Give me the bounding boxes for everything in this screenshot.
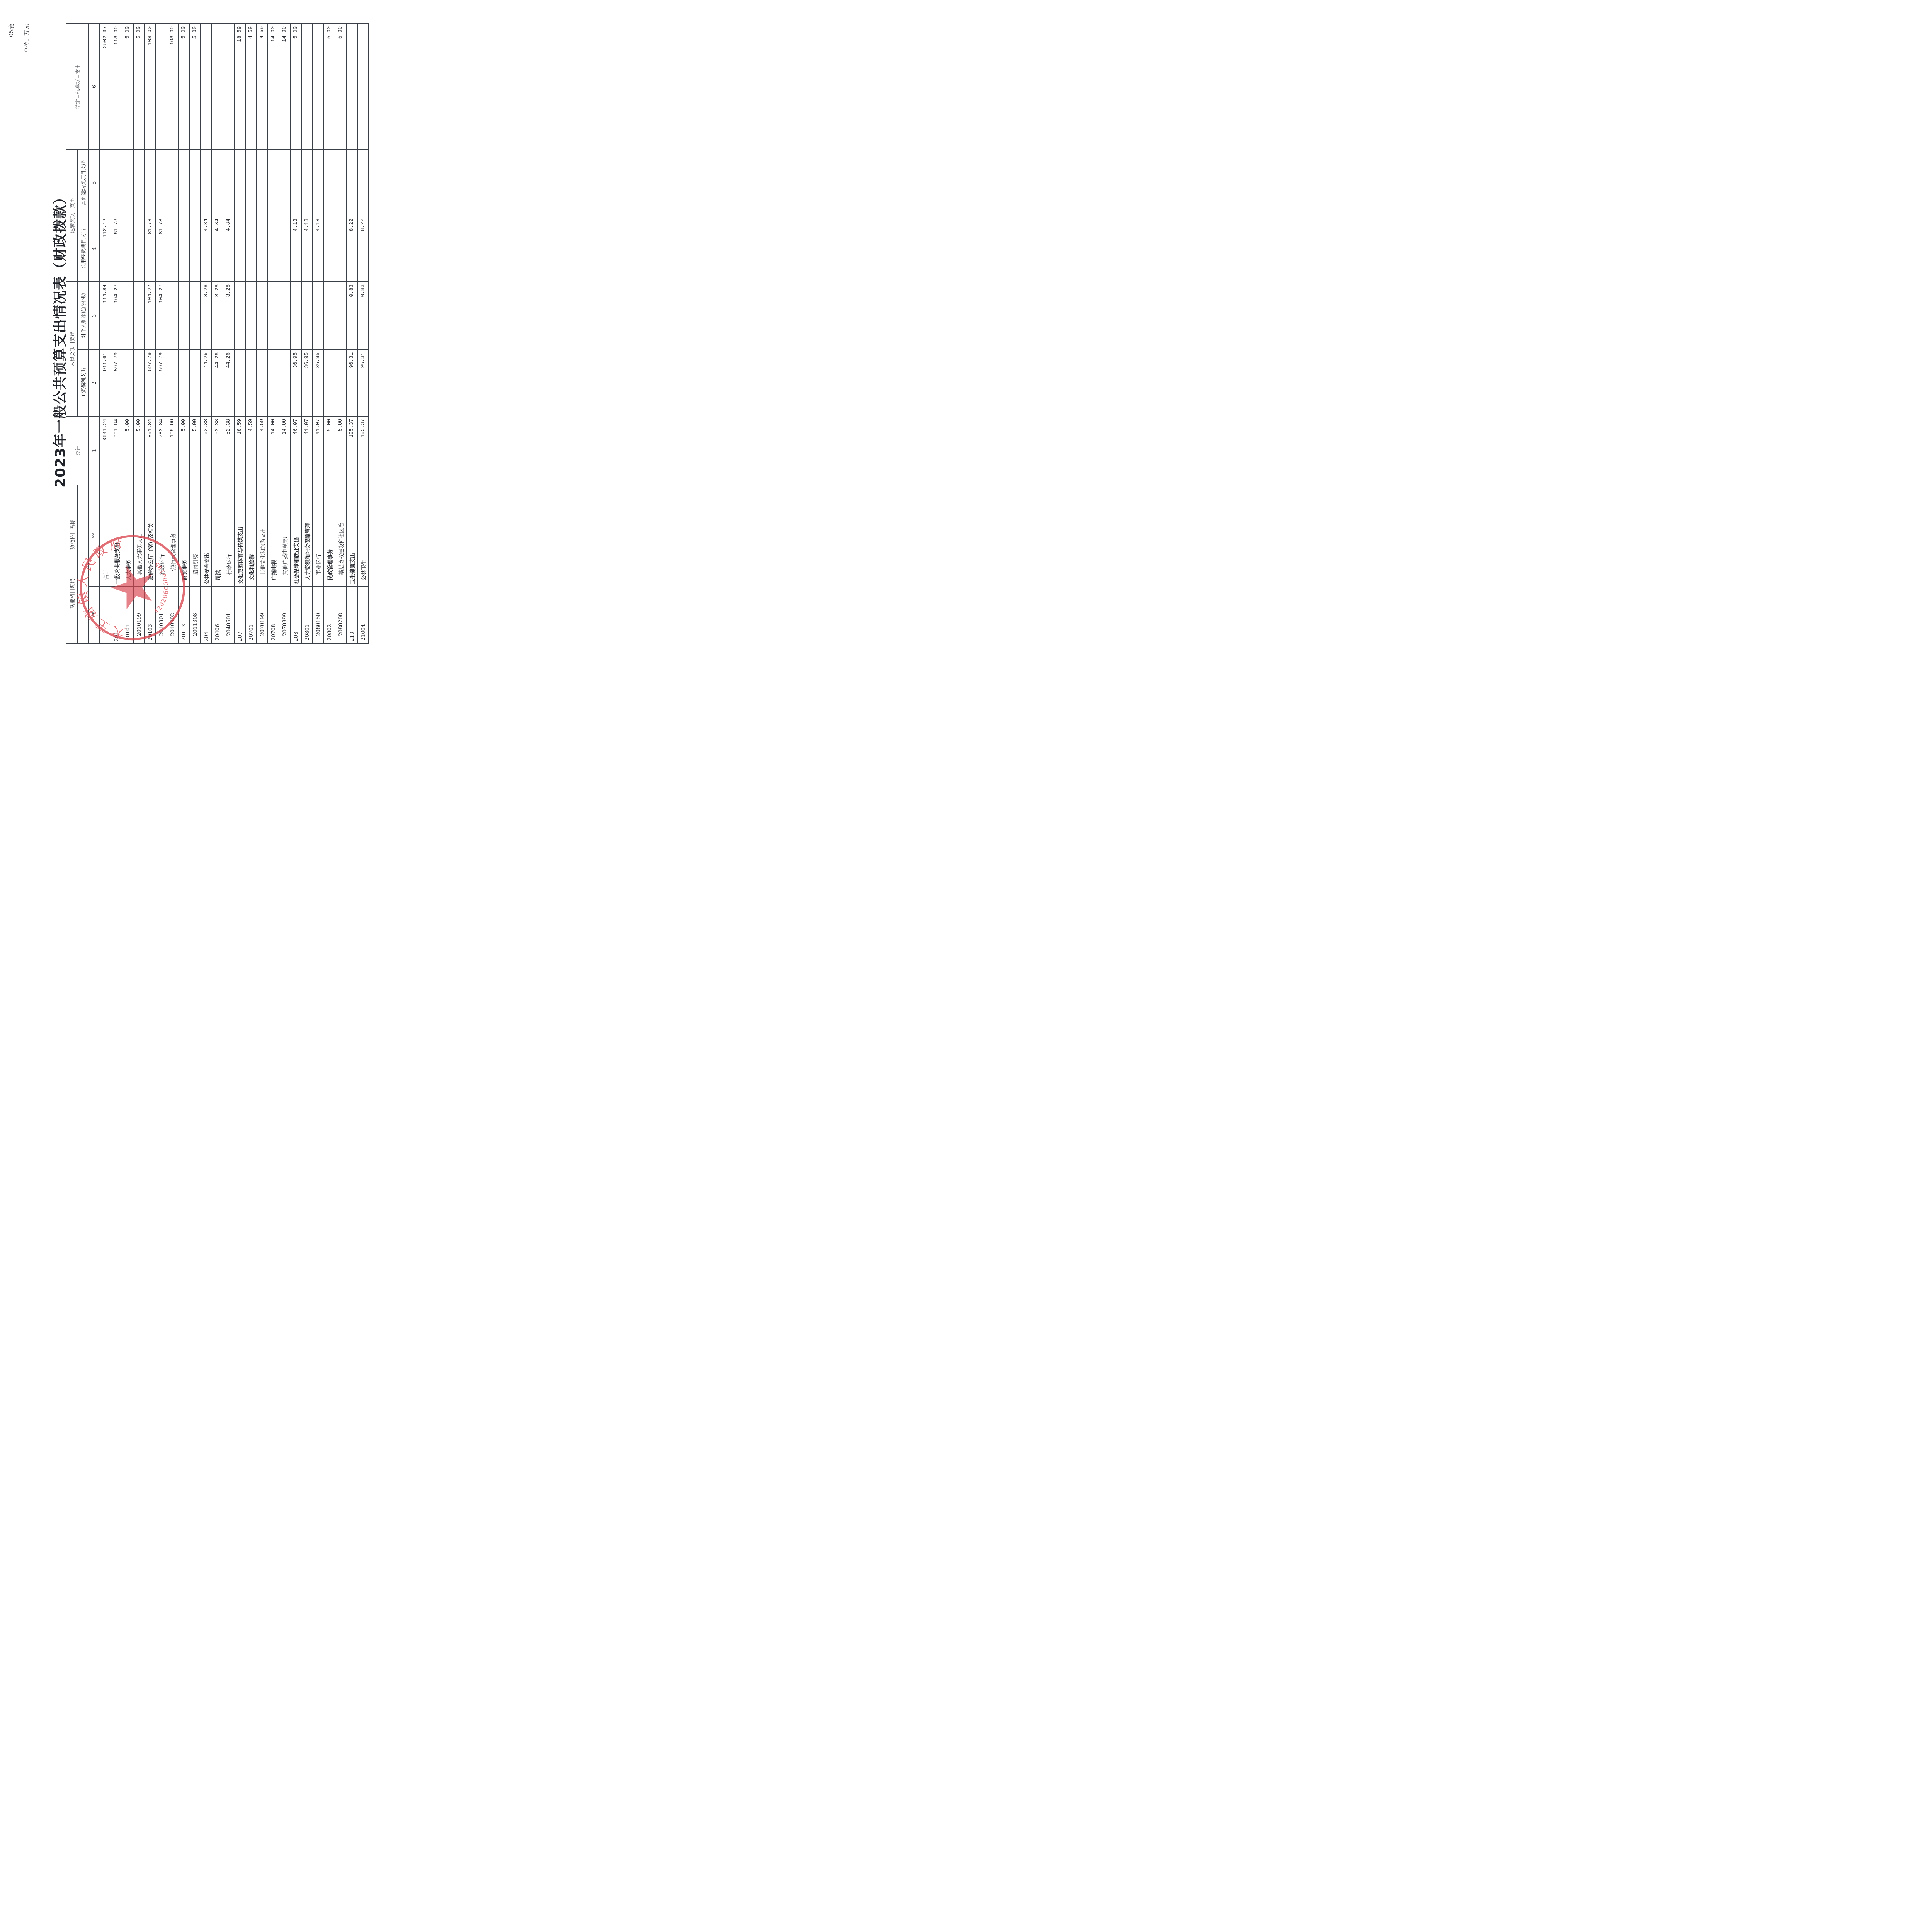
salary-cell: 597.79 — [145, 350, 156, 416]
subsidy-cell: 104.27 — [156, 282, 167, 350]
public-funds-cell — [324, 216, 335, 282]
table-row: 207文化旅游体育与传媒支出18.5918.59 — [234, 24, 245, 643]
function-name-cell: 商贸事务 — [178, 485, 189, 586]
public-funds-cell — [268, 216, 279, 282]
table-row: 20701文化和旅游4.594.59 — [245, 24, 257, 643]
other-operation-cell — [313, 150, 324, 216]
function-name-cell: 政府办公厅（室）及相关 — [145, 485, 156, 586]
public-funds-cell: 81.78 — [145, 216, 156, 282]
function-code-cell: 210 — [346, 586, 357, 643]
subsidy-cell: 104.27 — [145, 282, 156, 350]
index-cell: 4 — [88, 216, 100, 282]
table-row: 20801人力资源和社会保障管理41.0736.954.13 — [301, 24, 313, 643]
subsidy-cell — [324, 282, 335, 350]
header-other-operation: 其他运转类项目支出 — [77, 150, 88, 216]
specific-cell: 2502.37 — [100, 24, 111, 150]
function-name-cell: 文化和旅游 — [245, 485, 257, 586]
total-cell: 4.59 — [245, 416, 257, 485]
function-name-cell: 其他广播电视支出 — [279, 485, 290, 586]
total-cell: 52.38 — [223, 416, 234, 485]
function-name-cell: 文化旅游体育与传媒支出 — [234, 485, 245, 586]
specific-cell — [301, 24, 313, 150]
total-cell: 3641.24 — [100, 416, 111, 485]
index-cell: ** — [88, 485, 100, 586]
total-cell: 105.37 — [357, 416, 369, 485]
function-name-cell: 广播电视 — [268, 485, 279, 586]
subsidy-cell — [122, 282, 133, 350]
table-row: 20802民政管理事务5.005.00 — [324, 24, 335, 643]
function-code-cell: 2070899 — [279, 586, 290, 643]
subsidy-cell: 0.83 — [346, 282, 357, 350]
salary-cell: 597.79 — [111, 350, 122, 416]
total-cell: 5.00 — [335, 416, 346, 485]
function-name-cell: 其他文化和旅游支出 — [257, 485, 268, 586]
subsidy-cell — [257, 282, 268, 350]
header-code: 功能科目编码 — [70, 578, 75, 609]
table-row: 2010302一般行政管理事务108.00108.00 — [167, 24, 178, 643]
public-funds-cell: 8.22 — [357, 216, 369, 282]
public-funds-cell: 81.78 — [111, 216, 122, 282]
public-funds-cell — [133, 216, 145, 282]
other-operation-cell — [133, 150, 145, 216]
total-cell: 5.00 — [122, 416, 133, 485]
table-row: 2040601行政运行52.3844.263.284.84 — [223, 24, 234, 643]
public-funds-cell — [245, 216, 257, 282]
form-number: 05表 — [7, 24, 15, 37]
header-total: 总计 — [66, 416, 88, 485]
subsidy-cell — [167, 282, 178, 350]
function-name-cell: 社会保障和就业支出 — [290, 485, 301, 586]
public-funds-cell: 4.84 — [223, 216, 234, 282]
total-cell: 105.37 — [346, 416, 357, 485]
function-code-cell: 2011308 — [189, 586, 201, 643]
public-funds-cell: 8.22 — [346, 216, 357, 282]
total-cell: 5.00 — [178, 416, 189, 485]
function-name-cell: 合计 — [100, 485, 111, 586]
function-name-cell: 一般公共服务支出 — [111, 485, 122, 586]
function-code-cell: 21004 — [357, 586, 369, 643]
other-operation-cell — [111, 150, 122, 216]
function-code-cell: 207 — [234, 586, 245, 643]
table-row: 210卫生健康支出105.3796.310.838.22 — [346, 24, 357, 643]
salary-cell — [189, 350, 201, 416]
salary-cell: 44.26 — [201, 350, 212, 416]
other-operation-cell — [178, 150, 189, 216]
public-funds-cell: 4.13 — [290, 216, 301, 282]
specific-cell: 118.00 — [111, 24, 122, 150]
salary-cell — [122, 350, 133, 416]
other-operation-cell — [212, 150, 223, 216]
index-cell: 3 — [88, 282, 100, 350]
other-operation-cell — [167, 150, 178, 216]
table-row: 2080208基层政权建设和社区治5.005.00 — [335, 24, 346, 643]
function-code-cell: 20701 — [245, 586, 257, 643]
subsidy-cell: 3.28 — [201, 282, 212, 350]
function-name-cell: 人力资源和社会保障管理 — [301, 485, 313, 586]
function-code-cell: 20801 — [301, 586, 313, 643]
table-row: 2011308招商引资5.005.00 — [189, 24, 201, 643]
table-row: 2070899其他广播电视支出14.0014.00 — [279, 24, 290, 643]
salary-cell: 44.26 — [223, 350, 234, 416]
index-cell: 2 — [88, 350, 100, 416]
table-row: 201一般公共服务支出901.84597.79104.2781.78118.00 — [111, 24, 122, 643]
public-funds-cell — [122, 216, 133, 282]
salary-cell — [167, 350, 178, 416]
other-operation-cell — [201, 150, 212, 216]
salary-cell — [324, 350, 335, 416]
salary-cell: 96.31 — [357, 350, 369, 416]
subsidy-cell: 104.27 — [111, 282, 122, 350]
total-cell: 5.00 — [133, 416, 145, 485]
subsidy-cell: 114.84 — [100, 282, 111, 350]
other-operation-cell — [346, 150, 357, 216]
specific-cell: 5.00 — [324, 24, 335, 150]
table-row: 2070199其他文化和旅游支出4.594.59 — [257, 24, 268, 643]
total-cell: 52.38 — [212, 416, 223, 485]
salary-cell: 36.95 — [290, 350, 301, 416]
function-code-cell: 2040601 — [223, 586, 234, 643]
specific-cell: 4.59 — [257, 24, 268, 150]
specific-cell: 5.00 — [122, 24, 133, 150]
public-funds-cell — [279, 216, 290, 282]
table-row: 2080150事业运行41.0736.954.13 — [313, 24, 324, 643]
specific-cell — [212, 24, 223, 150]
public-funds-cell — [189, 216, 201, 282]
document-sheet: 05表 单位：万元 2023年一般公共预算支出情况表（财政拨款） 功能科目编码 … — [0, 0, 479, 678]
table-row: 204公共安全支出52.3844.263.284.84 — [201, 24, 212, 643]
public-funds-cell: 4.84 — [212, 216, 223, 282]
total-cell: 5.00 — [189, 416, 201, 485]
specific-cell: 5.00 — [335, 24, 346, 150]
function-code-cell: 20113 — [178, 586, 189, 643]
function-code-cell: 2080208 — [335, 586, 346, 643]
header-specific: 特定目标类项目支出 — [66, 24, 88, 150]
table-row: 合计3641.24911.61114.84112.422502.37 — [100, 24, 111, 643]
total-cell: 5.00 — [324, 416, 335, 485]
specific-cell: 4.59 — [245, 24, 257, 150]
other-operation-cell — [335, 150, 346, 216]
header-personnel-group: 人员类项目支出 — [66, 282, 77, 416]
function-name-cell: 行政运行 — [156, 485, 167, 586]
budget-table: 功能科目编码 功能科目名称 总计 人员类项目支出 运转类项目支出 特定目标类项目… — [66, 23, 369, 644]
specific-cell: 5.00 — [178, 24, 189, 150]
specific-cell: 14.00 — [279, 24, 290, 150]
function-code-cell: 2010302 — [167, 586, 178, 643]
index-cell: 6 — [88, 24, 100, 150]
function-code-cell: 208 — [290, 586, 301, 643]
header-operation-group: 运转类项目支出 — [66, 150, 77, 282]
other-operation-cell — [234, 150, 245, 216]
specific-cell — [346, 24, 357, 150]
other-operation-cell — [279, 150, 290, 216]
function-code-cell: 2070199 — [257, 586, 268, 643]
other-operation-cell — [357, 150, 369, 216]
other-operation-cell — [156, 150, 167, 216]
table-row: 20406司法52.3844.263.284.84 — [212, 24, 223, 643]
table-row: 2010301行政运行783.84597.79104.2781.78 — [156, 24, 167, 643]
public-funds-cell — [335, 216, 346, 282]
header-public-funds: 公用经费项目支出 — [77, 216, 88, 282]
function-name-cell: 卫生健康支出 — [346, 485, 357, 586]
salary-cell: 911.61 — [100, 350, 111, 416]
function-name-cell: 一般行政管理事务 — [167, 485, 178, 586]
unit-label: 单位：万元 — [22, 24, 31, 53]
salary-cell — [133, 350, 145, 416]
subsidy-cell: 3.28 — [223, 282, 234, 350]
function-name-cell: 司法 — [212, 485, 223, 586]
function-code-cell: 20406 — [212, 586, 223, 643]
function-name-cell: 行政运行 — [223, 485, 234, 586]
table-body: 合计3641.24911.61114.84112.422502.37201一般公… — [100, 24, 369, 643]
function-name-cell: 招商引资 — [189, 485, 201, 586]
header-code-name-group: 功能科目编码 功能科目名称 — [66, 485, 77, 643]
index-cell: 5 — [88, 150, 100, 216]
subsidy-cell — [245, 282, 257, 350]
specific-cell — [201, 24, 212, 150]
total-cell: 46.07 — [290, 416, 301, 485]
function-code-cell: 20802 — [324, 586, 335, 643]
subsidy-cell — [313, 282, 324, 350]
function-name-cell: 事业运行 — [313, 485, 324, 586]
other-operation-cell — [122, 150, 133, 216]
subsidy-cell — [178, 282, 189, 350]
total-cell: 901.84 — [111, 416, 122, 485]
total-cell: 52.38 — [201, 416, 212, 485]
table-row: 21004公共卫生105.3796.310.838.22 — [357, 24, 369, 643]
subsidy-cell — [279, 282, 290, 350]
specific-cell — [357, 24, 369, 150]
total-cell: 783.84 — [156, 416, 167, 485]
function-name-cell: 公共卫生 — [357, 485, 369, 586]
salary-cell: 597.79 — [156, 350, 167, 416]
specific-cell — [156, 24, 167, 150]
function-name-cell: 公共安全支出 — [201, 485, 212, 586]
other-operation-cell — [223, 150, 234, 216]
function-code-cell — [100, 586, 111, 643]
total-cell: 14.00 — [268, 416, 279, 485]
function-code-cell: 20708 — [268, 586, 279, 643]
other-operation-cell — [290, 150, 301, 216]
specific-cell: 5.00 — [133, 24, 145, 150]
salary-cell: 36.95 — [313, 350, 324, 416]
subsidy-cell — [335, 282, 346, 350]
specific-cell — [223, 24, 234, 150]
specific-cell: 108.00 — [167, 24, 178, 150]
salary-cell — [178, 350, 189, 416]
specific-cell: 18.59 — [234, 24, 245, 150]
other-operation-cell — [257, 150, 268, 216]
salary-cell: 36.95 — [301, 350, 313, 416]
salary-cell: 44.26 — [212, 350, 223, 416]
public-funds-cell — [257, 216, 268, 282]
function-code-cell: 201 — [111, 586, 122, 643]
other-operation-cell — [145, 150, 156, 216]
header-name: 功能科目名称 — [70, 520, 75, 550]
subsidy-cell: 0.83 — [357, 282, 369, 350]
header-row-1: 功能科目编码 功能科目名称 总计 人员类项目支出 运转类项目支出 特定目标类项目… — [66, 24, 77, 643]
total-cell: 14.00 — [279, 416, 290, 485]
other-operation-cell — [324, 150, 335, 216]
other-operation-cell — [189, 150, 201, 216]
specific-cell: 108.00 — [145, 24, 156, 150]
subsidy-cell — [133, 282, 145, 350]
public-funds-cell: 81.78 — [156, 216, 167, 282]
salary-cell — [279, 350, 290, 416]
index-row: ** ** 1 2 3 4 5 6 — [88, 24, 100, 643]
table-row: 20113商贸事务5.005.00 — [178, 24, 189, 643]
salary-cell — [234, 350, 245, 416]
other-operation-cell — [301, 150, 313, 216]
table-row: 208社会保障和就业支出46.0736.954.135.00 — [290, 24, 301, 643]
total-cell: 4.59 — [257, 416, 268, 485]
public-funds-cell — [234, 216, 245, 282]
table-row: 20101人大事务5.005.00 — [122, 24, 133, 643]
specific-cell: 5.00 — [290, 24, 301, 150]
function-code-cell: 20101 — [122, 586, 133, 643]
public-funds-cell: 4.13 — [301, 216, 313, 282]
function-code-cell: 2080150 — [313, 586, 324, 643]
salary-cell — [335, 350, 346, 416]
salary-cell — [245, 350, 257, 416]
salary-cell: 96.31 — [346, 350, 357, 416]
header-subsidy: 对个人和家庭的补助 — [77, 282, 88, 350]
other-operation-cell — [268, 150, 279, 216]
header-spacer — [77, 485, 88, 643]
function-code-cell: 2010301 — [156, 586, 167, 643]
header-salary: 工资福利支出 — [77, 350, 88, 416]
function-name-cell: 其他人大事务支出 — [133, 485, 145, 586]
table-row: 20103政府办公厅（室）及相关891.84597.79104.2781.781… — [145, 24, 156, 643]
salary-cell — [268, 350, 279, 416]
index-cell: ** — [88, 586, 100, 643]
specific-cell: 14.00 — [268, 24, 279, 150]
index-cell: 1 — [88, 416, 100, 485]
function-code-cell: 20103 — [145, 586, 156, 643]
public-funds-cell: 112.42 — [100, 216, 111, 282]
function-code-cell: 2010199 — [133, 586, 145, 643]
public-funds-cell: 4.13 — [313, 216, 324, 282]
specific-cell — [313, 24, 324, 150]
total-cell: 18.59 — [234, 416, 245, 485]
public-funds-cell: 4.84 — [201, 216, 212, 282]
subsidy-cell: 3.28 — [212, 282, 223, 350]
subsidy-cell — [189, 282, 201, 350]
function-name-cell: 人大事务 — [122, 485, 133, 586]
public-funds-cell — [178, 216, 189, 282]
subsidy-cell — [290, 282, 301, 350]
subsidy-cell — [268, 282, 279, 350]
total-cell: 41.07 — [313, 416, 324, 485]
specific-cell: 5.00 — [189, 24, 201, 150]
subsidy-cell — [234, 282, 245, 350]
function-name-cell: 民政管理事务 — [324, 485, 335, 586]
public-funds-cell — [167, 216, 178, 282]
function-code-cell: 204 — [201, 586, 212, 643]
function-name-cell: 基层政权建设和社区治 — [335, 485, 346, 586]
other-operation-cell — [100, 150, 111, 216]
table-row: 20708广播电视14.0014.00 — [268, 24, 279, 643]
total-cell: 891.84 — [145, 416, 156, 485]
subsidy-cell — [301, 282, 313, 350]
total-cell: 108.00 — [167, 416, 178, 485]
total-cell: 41.07 — [301, 416, 313, 485]
salary-cell — [257, 350, 268, 416]
table-row: 2010199其他人大事务支出5.005.00 — [133, 24, 145, 643]
other-operation-cell — [245, 150, 257, 216]
